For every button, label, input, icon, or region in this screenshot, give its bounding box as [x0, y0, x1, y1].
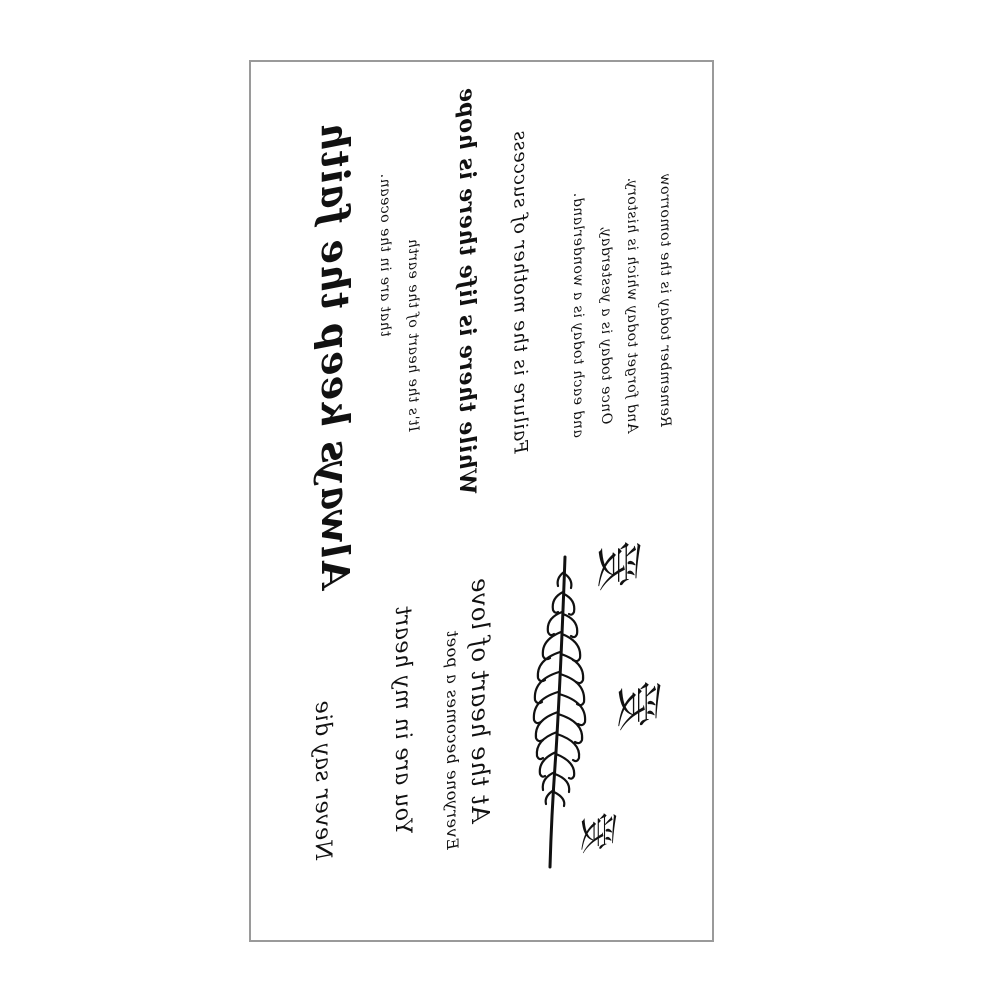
phrase-always-keep-the-faith: Always keep the faith	[316, 85, 354, 625]
love-symbol-3: 爱	[574, 816, 629, 854]
phrase-you-are-in-my-heart: You are in my heart	[391, 545, 413, 895]
love-symbol-1: 爱	[588, 546, 654, 592]
love-symbol-2: 爱	[608, 686, 674, 732]
phrase-everyone-poet: Everyone becomes a poet	[444, 600, 460, 880]
paragraph-line-1: Remember today is the tomorrow	[658, 90, 672, 510]
paragraph-line-3: Once today is a yesterday,	[599, 135, 613, 515]
phrase-heart-of-earth-2: that are in the ocean.	[378, 90, 392, 420]
phrase-while-there-is-life: While there is life there is hope	[456, 90, 478, 495]
paragraph-line-4: and each today is a wonderland.	[571, 115, 585, 515]
paragraph-line-2: And forget today which is history.	[625, 100, 639, 510]
phrase-at-the-heart-of-love: At the heart of love	[468, 540, 492, 860]
phrase-heart-of-earth-1: It's the heart of the earth	[406, 180, 420, 490]
phrase-failure-mother: Failure is the mother of success	[511, 90, 530, 495]
phrase-never-say-die: Never say die	[311, 655, 333, 905]
